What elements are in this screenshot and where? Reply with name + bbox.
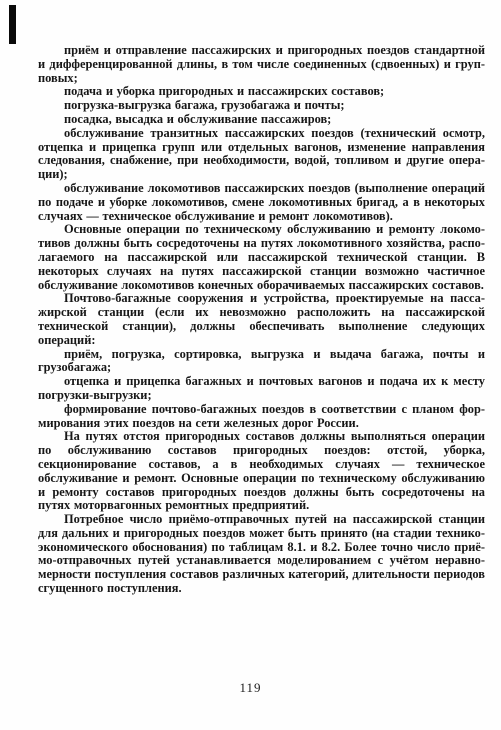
- paragraph: Почтово-багажные сооружения и устройства…: [38, 292, 485, 347]
- paragraph: обслуживание локомотивов пассажирских по…: [38, 182, 485, 223]
- paragraph: погрузка-выгрузка багажа, грузобагажа и …: [38, 99, 485, 113]
- paragraph: обслуживание транзитных пассажирских пое…: [38, 127, 485, 182]
- paragraph: приём, погрузка, сортировка, выгрузка и …: [38, 348, 485, 376]
- document-page: приём и отправление пассажирских и приго…: [0, 0, 501, 730]
- paragraph: посадка, высадка и обслуживание пассажир…: [38, 113, 485, 127]
- paragraph: подача и уборка пригородных и пассажирск…: [38, 85, 485, 99]
- text-block: приём и отправление пассажирских и приго…: [38, 44, 485, 596]
- paragraph: формирование почтово-багажных поездов в …: [38, 403, 485, 431]
- page-number: 119: [0, 680, 501, 696]
- paragraph: отцепка и прицепка багажных и почтовых в…: [38, 375, 485, 403]
- paragraph: На путях отстоя пригородных составов дол…: [38, 430, 485, 513]
- scan-artifact-mark: [9, 5, 16, 44]
- paragraph: Основные операции по техническому обслуж…: [38, 223, 485, 292]
- paragraph: Потребное число приёмо-отправочных путей…: [38, 513, 485, 596]
- paragraph: приём и отправление пассажирских и приго…: [38, 44, 485, 85]
